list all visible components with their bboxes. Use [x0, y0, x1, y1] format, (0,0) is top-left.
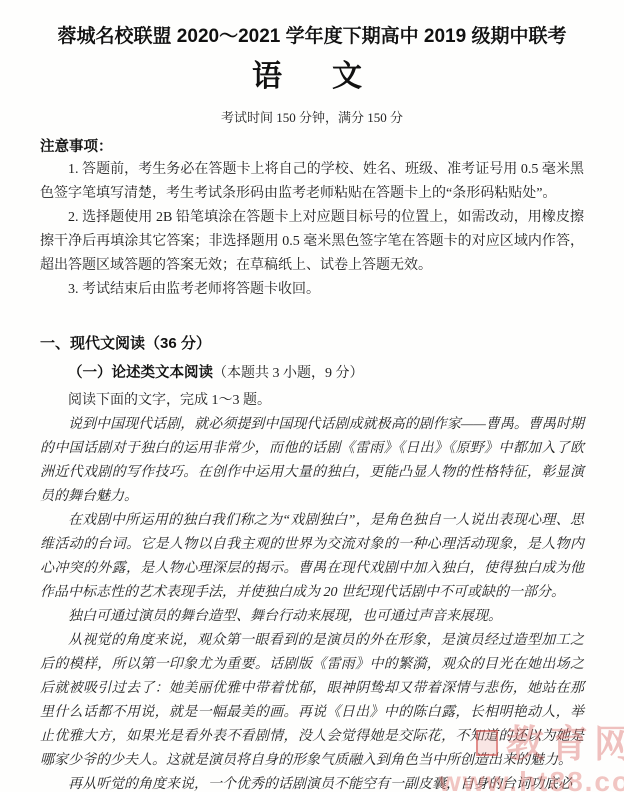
subject-title: 语 文 [40, 60, 584, 94]
exam-paper-page: 蓉城名校联盟 2020～2021 学年度下期高中 2019 级期中联考 语 文 … [0, 0, 624, 792]
exam-title: 蓉城名校联盟 2020～2021 学年度下期高中 2019 级期中联考 [40, 26, 584, 48]
notice-item-3: 3. 考试结束后由监考老师将答题卡收回。 [40, 278, 584, 302]
notice-item-1: 1. 答题前，考生务必在答题卡上将自己的学校、姓名、班级、准考证号用 0.5 毫… [40, 158, 584, 206]
page-content: 蓉城名校联盟 2020～2021 学年度下期高中 2019 级期中联考 语 文 … [0, 0, 624, 792]
subsection-heading-title: （一）论述类文本阅读 [68, 365, 213, 381]
subsection-heading-detail: （本题共 3 小题，9 分） [213, 366, 364, 381]
passage-paragraph-1: 说到中国现代话剧，就必须提到中国现代话剧成就极高的剧作家——曹禺。曹禺时期的中国… [40, 413, 584, 509]
notices-heading: 注意事项： [40, 136, 584, 158]
reading-passage: 说到中国现代话剧，就必须提到中国现代话剧成就极高的剧作家——曹禺。曹禺时期的中国… [40, 413, 584, 792]
reading-instruction: 阅读下面的文字，完成 1～3 题。 [40, 389, 584, 413]
passage-paragraph-3: 独白可通过演员的舞台造型、舞台行动来展现，也可通过声音来展现。 [40, 605, 584, 629]
section-heading-modern-reading: 一、现代文阅读（36 分） [40, 332, 584, 356]
notice-item-2: 2. 选择题使用 2B 铅笔填涂在答题卡上对应题目标号的位置上，如需改动，用橡皮… [40, 206, 584, 278]
passage-paragraph-2: 在戏剧中所运用的独白我们称之为“戏剧独白”，是角色独自一人说出表现心理、思维活动… [40, 509, 584, 605]
notices-block: 注意事项： 1. 答题前，考生务必在答题卡上将自己的学校、姓名、班级、准考证号用… [40, 136, 584, 302]
passage-paragraph-4: 从视觉的角度来说，观众第一眼看到的是演员的外在形象，是演员经过造型加工之后的模样… [40, 629, 584, 773]
passage-paragraph-5: 再从听觉的角度来说，一个优秀的话剧演员不能空有一副皮囊，自身的台词功底必 [40, 773, 584, 792]
subsection-heading: （一）论述类文本阅读（本题共 3 小题，9 分） [40, 361, 584, 386]
exam-duration-info: 考试时间 150 分钟，满分 150 分 [40, 110, 584, 126]
